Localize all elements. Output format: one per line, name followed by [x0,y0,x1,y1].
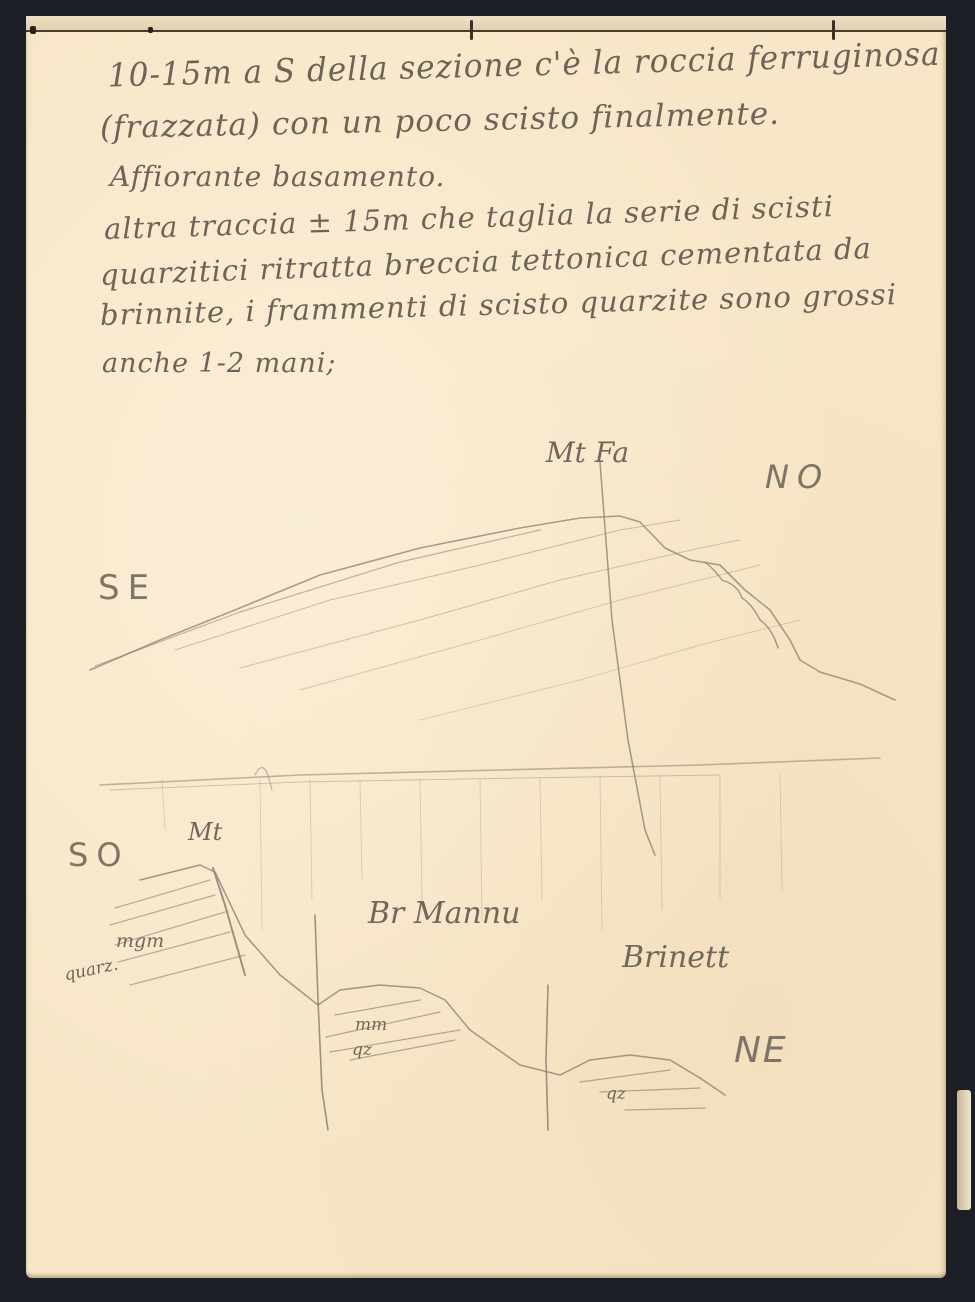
binding-staple [148,27,153,33]
label-unit-mm: mm [355,1015,387,1035]
note-line: anche 1-2 mani; [102,348,336,379]
label-direction-no: NO [765,458,830,496]
label-direction-se: SE [98,568,157,608]
label-unit-qz: qz [606,1084,626,1104]
label-unit-qz: qz [352,1040,372,1060]
label-brinett: Brinett [622,940,729,975]
label-br-mannu: Br Mannu [368,896,521,931]
binding-staple [832,20,835,40]
label-direction-ne: NE [734,1030,788,1071]
label-unit-mgm: mgm [116,930,164,952]
label-direction-so: SO [68,836,130,874]
binding-staple [30,26,36,34]
label-mt: Mt [188,818,222,846]
binding-staple [470,20,473,40]
note-line: Affiorante basamento. [110,160,445,193]
label-mt-peak: Mt Fa [546,436,629,469]
notebook-binding [26,16,946,32]
page-edge [957,1090,971,1210]
